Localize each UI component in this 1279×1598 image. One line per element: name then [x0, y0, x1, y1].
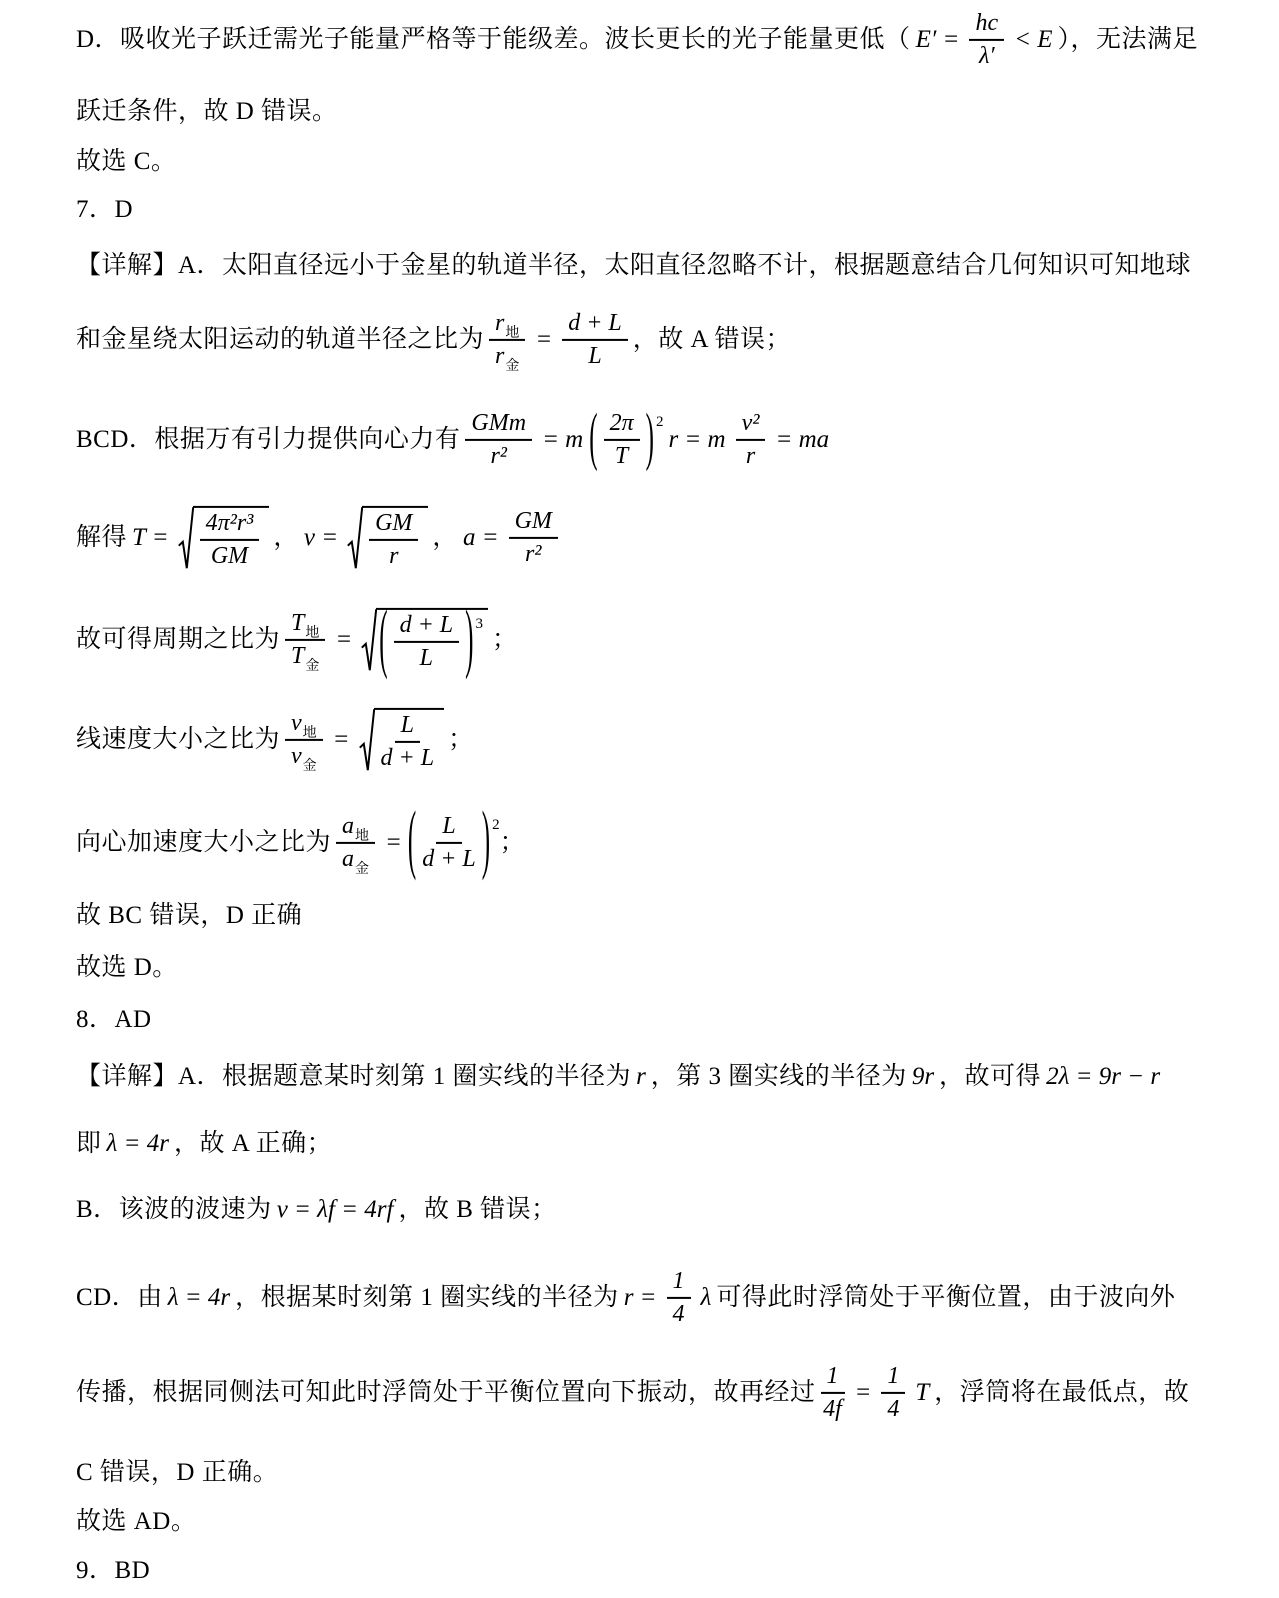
right-paren: )	[465, 592, 473, 693]
line-wave-speed: B．该波的波速为 v = λf = 4rf ，故 B 错误；	[76, 1194, 557, 1227]
math: 9r	[907, 1061, 939, 1094]
exam-answer-page: D．吸收光子跃迁需光子能量严格等于能级差。波长更长的光子能量更低（ E′ = h…	[0, 0, 1279, 1598]
exponent: 3	[475, 615, 483, 635]
fraction-L-over-dL: L d + L	[381, 712, 435, 772]
text: ，故 A 正确；	[174, 1128, 332, 1161]
fraction-denominator: 4	[673, 1299, 685, 1329]
fraction-numerator: L	[436, 813, 461, 844]
fraction-denominator: GM	[211, 541, 248, 571]
text: 线速度大小之比为	[76, 724, 280, 757]
line-cd-analysis: CD．由 λ = 4r ，根据某时刻第 1 圈实线的半径为 r = 1 4 λ …	[76, 1268, 1175, 1328]
text: 传播，根据同侧法可知此时浮筒处于平衡位置向下振动，故再经过	[76, 1377, 816, 1410]
math: =	[330, 624, 357, 657]
line-solved-T-v-a: 解得 T = 4π²r³ GM ， v = GM r ， a =	[76, 506, 563, 570]
right-paren: )	[482, 793, 490, 894]
text: 8．AD	[76, 1004, 152, 1037]
text: B．该波的波速为	[76, 1194, 272, 1227]
fraction-denominator: r²	[490, 441, 507, 471]
text: ，故 A 错误；	[633, 324, 791, 357]
math: r =	[619, 1282, 662, 1315]
math: E′ =	[911, 24, 965, 57]
radicand: L d + L	[374, 708, 445, 772]
text: ），无法满足	[1058, 24, 1199, 57]
text: 【详解】A．根据题意某时刻第 1 圈实线的半径为	[76, 1061, 631, 1094]
text: 跃迁条件，故 D 错误。	[76, 96, 338, 129]
text: BCD．根据万有引力提供向心力有	[76, 424, 460, 457]
subscript-earth: 地	[303, 726, 317, 742]
fraction-r-earth-venus: r地 r金	[489, 310, 525, 370]
line-acceleration-ratio: 向心加速度大小之比为 a地 a金 = ( L d + L ) 2 ；	[76, 813, 525, 873]
text: 即	[76, 1128, 102, 1161]
math-var: a	[342, 846, 354, 874]
fraction-denominator: T	[615, 441, 628, 471]
text: 故可得周期之比为	[76, 624, 280, 657]
math-var: T	[291, 610, 304, 638]
fraction-denominator: d + L	[381, 743, 435, 773]
fraction-numerator: v地	[285, 710, 323, 741]
text: D．吸收光子跃迁需光子能量严格等于能级差。波长更长的光子能量更低（	[76, 24, 911, 57]
fraction-denominator: d + L	[422, 844, 476, 874]
fraction-denominator: r	[389, 541, 398, 571]
radicand: GM r	[362, 506, 428, 570]
text: ，故可得	[939, 1061, 1041, 1094]
math: v =	[299, 522, 343, 555]
line-q8-detail-a: 【详解】A．根据题意某时刻第 1 圈实线的半径为 r ，第 3 圈实线的半径为 …	[76, 1061, 1165, 1094]
fraction-GMm-r2: GMm r²	[465, 410, 532, 470]
line-question-8: 8．AD	[76, 1004, 152, 1037]
text: 故选 C。	[76, 146, 176, 179]
fraction-L-over-dL: L d + L	[422, 813, 476, 873]
text: 9．BD	[76, 1555, 150, 1588]
fraction-numerator: 1	[881, 1363, 905, 1394]
fraction-GM-r: GM r	[369, 510, 418, 570]
math: v = λf = 4rf	[272, 1194, 399, 1227]
math-var: a	[342, 813, 354, 841]
fraction-quarter: 1 4	[667, 1268, 691, 1328]
subscript-earth: 地	[505, 326, 519, 342]
radicand: 4π²r³ GM	[193, 506, 270, 570]
fraction-numerator: GMm	[465, 410, 532, 441]
fraction-denominator: 4f	[823, 1394, 842, 1424]
line-question-9: 9．BD	[76, 1555, 150, 1588]
text: ，根据某时刻第 1 圈实线的半径为	[235, 1282, 619, 1315]
text: ；	[492, 624, 518, 657]
exponent: 2	[492, 816, 500, 836]
fraction-denominator: 4	[887, 1394, 899, 1424]
math: = ma	[770, 424, 834, 457]
fraction-denominator: λ′	[979, 41, 995, 71]
fraction-quarter: 1 4	[881, 1363, 905, 1423]
math: r = m	[663, 424, 730, 457]
fraction-numerator: d + L	[562, 310, 628, 341]
square-root: 4π²r³ GM	[178, 506, 270, 570]
right-paren: )	[646, 398, 654, 483]
text: ，浮筒将在最低点，故	[934, 1377, 1189, 1410]
math-var: r	[495, 310, 504, 338]
text: ；	[448, 724, 474, 757]
text: 7．D	[76, 194, 133, 227]
math-var: v	[291, 710, 302, 738]
math: 2λ = 9r − r	[1041, 1061, 1165, 1094]
fraction-denominator: r	[746, 441, 755, 471]
radical-icon	[359, 708, 375, 772]
radical-icon	[361, 608, 377, 672]
fraction-a-earth-venus: a地 a金	[336, 813, 375, 873]
left-paren: (	[379, 592, 387, 693]
subscript-venus: 金	[355, 862, 369, 878]
fraction-GM-r2: GM r²	[509, 508, 558, 568]
math: r	[631, 1061, 651, 1094]
fraction-dL-over-L: d + L L	[562, 310, 628, 370]
fraction-1-over-4f: 1 4f	[821, 1363, 845, 1423]
fraction-T-earth-venus: T地 T金	[285, 610, 325, 670]
line-answer-ad: 故选 AD。	[76, 1506, 196, 1539]
text: CD．由	[76, 1282, 163, 1315]
line-answer-d: 故选 D。	[76, 952, 178, 985]
math: < E	[1009, 24, 1057, 57]
math: T	[910, 1377, 934, 1410]
math: =	[850, 1377, 877, 1410]
subscript-earth: 地	[355, 829, 369, 845]
radical-icon	[178, 506, 194, 570]
fraction-denominator: r²	[525, 539, 542, 569]
text: 故 BC 错误，D 正确	[76, 900, 302, 933]
fraction-numerator: GM	[509, 508, 558, 539]
text: ，	[432, 522, 458, 555]
fraction-numerator: T地	[285, 610, 325, 641]
line-answer-c: 故选 C。	[76, 146, 176, 179]
math: =	[530, 324, 557, 357]
fraction-denominator: T金	[291, 641, 319, 671]
fraction-numerator: GM	[369, 510, 418, 541]
square-root: GM r	[347, 506, 428, 570]
text: 可得此时浮筒处于平衡位置，由于波向外	[716, 1282, 1175, 1315]
text: 和金星绕太阳运动的轨道半径之比为	[76, 324, 484, 357]
line-gravity-equation: BCD．根据万有引力提供向心力有 GMm r² = m ( 2π T ) 2 r…	[76, 410, 834, 470]
left-paren: (	[589, 398, 597, 483]
text: ，故 B 错误；	[398, 1194, 556, 1227]
fraction-v-earth-venus: v地 v金	[285, 710, 323, 770]
fraction-2pi-T: 2π T	[604, 410, 640, 470]
text: ，第 3 圈实线的半径为	[651, 1061, 907, 1094]
subscript-venus: 金	[505, 359, 519, 375]
line-c-wrong-d-right: C 错误，D 正确。	[76, 1457, 278, 1490]
fraction-hc-lambda: hc λ′	[969, 10, 1004, 70]
math: a =	[458, 522, 504, 555]
fraction-numerator: a地	[336, 813, 375, 844]
left-paren: (	[408, 793, 416, 894]
fraction-4pi2r3-GM: 4π²r³ GM	[200, 510, 260, 570]
math-var: T	[291, 643, 304, 671]
radical-icon	[347, 506, 363, 570]
math-var: r	[495, 343, 504, 371]
math: λ	[696, 1282, 717, 1315]
fraction-numerator: d + L	[394, 612, 460, 643]
line-lambda-4r: 即 λ = 4r ，故 A 正确；	[76, 1128, 332, 1161]
line-q7-detail-a: 【详解】A．太阳直径远小于金星的轨道半径，太阳直径忽略不计，根据题意结合几何知识…	[76, 250, 1191, 283]
subscript-venus: 金	[305, 659, 319, 675]
line-speed-ratio: 线速度大小之比为 v地 v金 = L d + L ；	[76, 708, 474, 772]
fraction-numerator: 2π	[604, 410, 640, 441]
fraction-denominator: v金	[291, 741, 317, 771]
text: 向心加速度大小之比为	[76, 827, 331, 860]
text: 故选 D。	[76, 952, 178, 985]
text: 故选 AD。	[76, 1506, 196, 1539]
fraction-denominator: r金	[495, 341, 519, 371]
line-period-ratio: 故可得周期之比为 T地 T金 = ( d + L L ) 3 ；	[76, 608, 517, 672]
fraction-dL-over-L: d + L L	[394, 612, 460, 672]
square-root: L d + L	[359, 708, 445, 772]
fraction-numerator: 4π²r³	[200, 510, 260, 541]
line-transition-condition: 跃迁条件，故 D 错误。	[76, 96, 338, 129]
subscript-earth: 地	[305, 626, 319, 642]
math-var: v	[291, 743, 302, 771]
text: ，	[273, 522, 299, 555]
fraction-numerator: 1	[821, 1363, 845, 1394]
fraction-numerator: 1	[667, 1268, 691, 1299]
line-question-7: 7．D	[76, 194, 133, 227]
math: = m	[537, 424, 588, 457]
subscript-venus: 金	[303, 759, 317, 775]
math: λ = 4r	[163, 1282, 235, 1315]
text: 解得	[76, 522, 127, 555]
text: 【详解】A．太阳直径远小于金星的轨道半径，太阳直径忽略不计，根据题意结合几何知识…	[76, 250, 1191, 283]
math: =	[380, 827, 407, 860]
text: C 错误，D 正确。	[76, 1457, 278, 1490]
square-root: ( d + L L ) 3	[361, 608, 488, 672]
line-option-d-explanation: D．吸收光子跃迁需光子能量严格等于能级差。波长更长的光子能量更低（ E′ = h…	[76, 10, 1198, 70]
line-orbit-radius-ratio: 和金星绕太阳运动的轨道半径之比为 r地 r金 = d + L L ，故 A 错误…	[76, 310, 791, 370]
fraction-denominator: L	[420, 643, 433, 673]
fraction-denominator: a金	[342, 844, 369, 874]
fraction-v2-r: v² r	[736, 410, 766, 470]
math: λ = 4r	[102, 1128, 174, 1161]
math: T =	[127, 522, 174, 555]
fraction-numerator: v²	[736, 410, 766, 441]
fraction-numerator: r地	[489, 310, 525, 341]
fraction-numerator: hc	[969, 10, 1004, 41]
radicand: ( d + L L ) 3	[376, 608, 488, 672]
exponent: 2	[656, 413, 664, 433]
fraction-denominator: L	[588, 341, 601, 371]
line-quarter-period: 传播，根据同侧法可知此时浮筒处于平衡位置向下振动，故再经过 1 4f = 1 4…	[76, 1363, 1189, 1423]
fraction-numerator: L	[395, 712, 420, 743]
math: =	[328, 724, 355, 757]
line-bc-wrong-d-right: 故 BC 错误，D 正确	[76, 900, 302, 933]
text: ；	[500, 827, 526, 860]
